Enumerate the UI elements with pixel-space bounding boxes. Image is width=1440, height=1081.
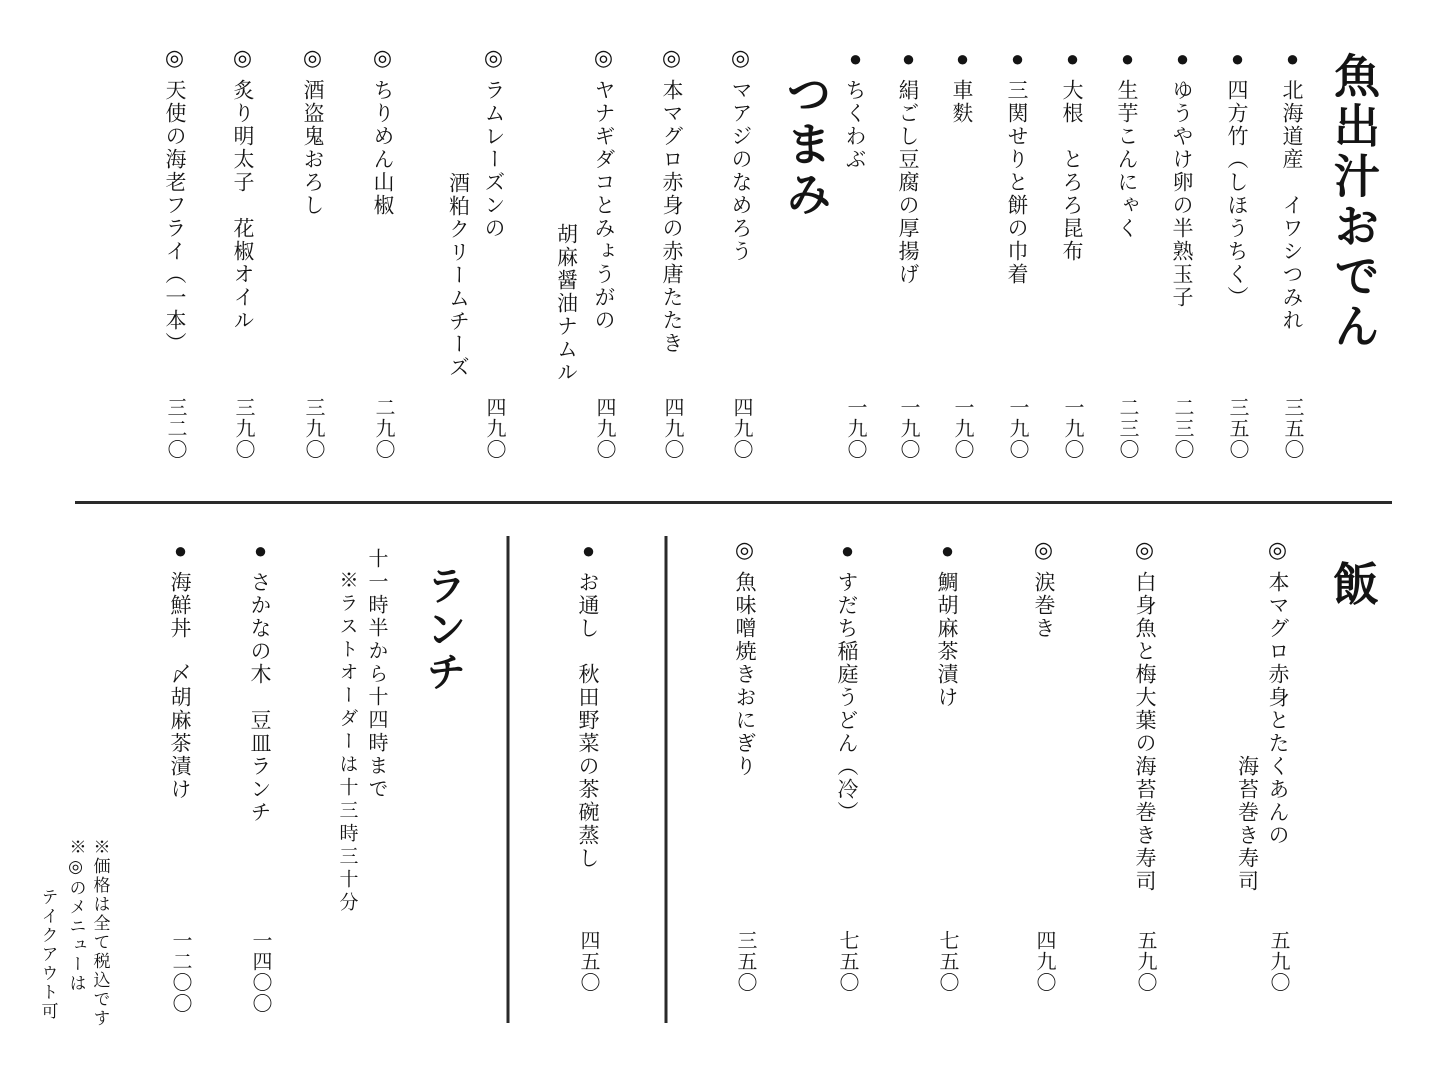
item-price: 五九〇 xyxy=(1268,930,1288,993)
item-price: 四九〇 xyxy=(662,397,682,460)
lunch-last-order-note: ※ラストオーダーは十三時三十分 xyxy=(338,570,357,915)
menu-item-name-line2: 海苔巻き寿司 xyxy=(1237,755,1258,893)
item-price: 三五〇 xyxy=(1282,397,1302,460)
menu-item-name: ◎天使の海老フライ（一本） xyxy=(164,46,186,355)
section-title-tsumami: つまみ xyxy=(782,70,828,220)
marker-double-circle-icon: ◎ xyxy=(302,46,324,73)
item-price: 三九〇 xyxy=(233,397,253,460)
menu-item-name: ●四方竹（しほうちく） xyxy=(1226,46,1248,309)
item-price: 四九〇 xyxy=(731,397,751,460)
footer-note-takeout: ※◎のメニューは xyxy=(68,838,85,993)
vertical-divider xyxy=(507,536,510,1023)
horizontal-divider xyxy=(75,501,1392,504)
marker-double-circle-icon: ◎ xyxy=(1134,538,1156,565)
item-price: 一九〇 xyxy=(1007,397,1027,460)
menu-item-name: ●さかなの木 豆皿ランチ xyxy=(249,538,271,824)
item-name-text: 本マグロ赤身とたくあんの xyxy=(1266,571,1290,847)
item-price: 四五〇 xyxy=(578,930,598,993)
menu-item-name: ◎炙り明太子 花椒オイル xyxy=(232,46,254,332)
item-price: 二三〇 xyxy=(1117,397,1137,460)
menu-item-name: ◎酒盗鬼おろし xyxy=(302,46,324,217)
marker-double-circle-icon: ◎ xyxy=(661,46,683,73)
menu-item-name: ●三関せりと餅の巾着 xyxy=(1006,46,1028,286)
item-price: 二三〇 xyxy=(1172,397,1192,460)
item-price: 四九〇 xyxy=(1034,930,1054,993)
menu-item-name: ◎ヤナギダコとみょうがの xyxy=(593,46,615,332)
marker-double-circle-icon: ◎ xyxy=(232,46,254,73)
marker-filled-circle-icon: ● xyxy=(169,538,191,565)
item-price: 三五〇 xyxy=(1227,397,1247,460)
item-price: 一九〇 xyxy=(898,397,918,460)
item-name-text: 炙り明太子 花椒オイル xyxy=(231,79,255,332)
menu-item-name: ◎涙巻き xyxy=(1033,538,1055,640)
item-name-text: 四方竹（しほうちく） xyxy=(1225,79,1249,309)
menu-item-name: ●すだち稲庭うどん（冷） xyxy=(836,538,858,824)
marker-filled-circle-icon: ● xyxy=(951,46,973,73)
item-name-text: 天使の海老フライ（一本） xyxy=(163,79,187,355)
item-name-text: 北海道産 イワシつみれ xyxy=(1280,79,1304,332)
footer-note-takeout-2: テイクアウト可 xyxy=(40,888,57,1021)
marker-filled-circle-icon: ● xyxy=(1281,46,1303,73)
vertical-divider xyxy=(665,536,668,1023)
menu-item-name: ◎ラムレーズンの xyxy=(483,46,505,240)
item-name-text: お通し 秋田野菜の茶碗蒸し xyxy=(576,571,600,870)
item-price: 一二〇〇 xyxy=(170,930,190,1014)
marker-filled-circle-icon: ● xyxy=(1226,46,1248,73)
lunch-hours: 十一時半から十四時まで xyxy=(366,548,386,801)
item-price: 七五〇 xyxy=(937,930,957,993)
menu-item-name: ●鯛胡麻茶漬け xyxy=(936,538,958,709)
marker-filled-circle-icon: ● xyxy=(836,538,858,565)
marker-filled-circle-icon: ● xyxy=(844,46,866,73)
menu-item-name: ◎ちりめん山椒 xyxy=(372,46,394,217)
item-name-text: ラムレーズンの xyxy=(482,79,506,240)
item-price: 三二〇 xyxy=(165,397,185,460)
marker-filled-circle-icon: ● xyxy=(1006,46,1028,73)
marker-double-circle-icon: ◎ xyxy=(593,46,615,73)
item-name-text: 鯛胡麻茶漬け xyxy=(935,571,959,709)
menu-item-name: ●海鮮丼 〆胡麻茶漬け xyxy=(169,538,191,801)
item-name-text: 車麩 xyxy=(950,79,974,125)
section-title-oden: 魚出汁おでん xyxy=(1330,52,1376,352)
marker-filled-circle-icon: ● xyxy=(1116,46,1138,73)
menu-item-name: ●生芋こんにゃく xyxy=(1116,46,1138,240)
marker-double-circle-icon: ◎ xyxy=(483,46,505,73)
menu-item-name-line2: 胡麻醤油ナムル xyxy=(556,223,577,384)
item-name-text: 酒盗鬼おろし xyxy=(301,79,325,217)
item-name-text: 魚味噌焼きおにぎり xyxy=(733,571,757,778)
item-name-text: 生芋こんにゃく xyxy=(1115,79,1139,240)
item-price: 四九〇 xyxy=(484,397,504,460)
item-price: 一四〇〇 xyxy=(250,930,270,1014)
item-name-text: ちくわぶ xyxy=(843,79,867,171)
marker-double-circle-icon: ◎ xyxy=(734,538,756,565)
item-name-text: 本マグロ赤身の赤唐たたき xyxy=(660,79,684,355)
marker-double-circle-icon: ◎ xyxy=(730,46,752,73)
section-title-meshi: 飯 xyxy=(1329,560,1375,610)
marker-double-circle-icon: ◎ xyxy=(1267,538,1289,565)
menu-item-name: ●お通し 秋田野菜の茶碗蒸し xyxy=(577,538,599,870)
item-name-text: さかなの木 豆皿ランチ xyxy=(248,571,272,824)
marker-filled-circle-icon: ● xyxy=(897,46,919,73)
menu-item-name: ●北海道産 イワシつみれ xyxy=(1281,46,1303,332)
marker-double-circle-icon: ◎ xyxy=(372,46,394,73)
item-price: 三九〇 xyxy=(303,397,323,460)
item-name-text: すだち稲庭うどん（冷） xyxy=(835,571,859,824)
menu-item-name: ◎本マグロ赤身の赤唐たたき xyxy=(661,46,683,355)
item-name-text: ゆうやけ卵の半熟玉子 xyxy=(1170,79,1194,309)
marker-filled-circle-icon: ● xyxy=(1171,46,1193,73)
marker-filled-circle-icon: ● xyxy=(1061,46,1083,73)
item-name-text: マアジのなめろう xyxy=(729,79,753,263)
item-price: 三五〇 xyxy=(735,930,755,993)
menu-item-name: ◎マアジのなめろう xyxy=(730,46,752,263)
marker-double-circle-icon: ◎ xyxy=(164,46,186,73)
item-name-text: ヤナギダコとみょうがの xyxy=(592,79,616,332)
menu-item-name: ●大根 とろろ昆布 xyxy=(1061,46,1083,263)
menu-item-name: ●ちくわぶ xyxy=(844,46,866,171)
item-name-text: 三関せりと餅の巾着 xyxy=(1005,79,1029,286)
marker-filled-circle-icon: ● xyxy=(936,538,958,565)
menu-item-name: ◎本マグロ赤身とたくあんの xyxy=(1267,538,1289,847)
item-name-text: 大根 とろろ昆布 xyxy=(1060,79,1084,263)
section-title-lunch: ランチ xyxy=(423,565,463,694)
menu-item-name-line2: 酒粕クリームチーズ xyxy=(448,172,469,379)
menu-item-name: ◎白身魚と梅大葉の海苔巻き寿司 xyxy=(1134,538,1156,893)
item-price: 四九〇 xyxy=(594,397,614,460)
menu-page: 魚出汁おでん ●北海道産 イワシつみれ ●四方竹（しほうちく） ●ゆうやけ卵の半… xyxy=(0,0,1440,1081)
marker-filled-circle-icon: ● xyxy=(249,538,271,565)
menu-item-name: ●絹ごし豆腐の厚揚げ xyxy=(897,46,919,286)
menu-item-name: ◎魚味噌焼きおにぎり xyxy=(734,538,756,778)
item-price: 一九〇 xyxy=(952,397,972,460)
item-price: 七五〇 xyxy=(837,930,857,993)
menu-item-name: ●車麩 xyxy=(951,46,973,125)
item-price: 五九〇 xyxy=(1135,930,1155,993)
item-price: 一九〇 xyxy=(845,397,865,460)
item-name-text: 絹ごし豆腐の厚揚げ xyxy=(896,79,920,286)
menu-item-name: ●ゆうやけ卵の半熟玉子 xyxy=(1171,46,1193,309)
footer-note-tax: ※価格は全て税込です xyxy=(92,838,109,1028)
item-name-text: 海鮮丼 〆胡麻茶漬け xyxy=(168,571,192,801)
item-price: 一九〇 xyxy=(1062,397,1082,460)
item-name-text: ちりめん山椒 xyxy=(371,79,395,217)
item-price: 二九〇 xyxy=(373,397,393,460)
item-name-text: 白身魚と梅大葉の海苔巻き寿司 xyxy=(1133,571,1157,893)
marker-filled-circle-icon: ● xyxy=(577,538,599,565)
item-name-text: 涙巻き xyxy=(1032,571,1056,640)
marker-double-circle-icon: ◎ xyxy=(1033,538,1055,565)
